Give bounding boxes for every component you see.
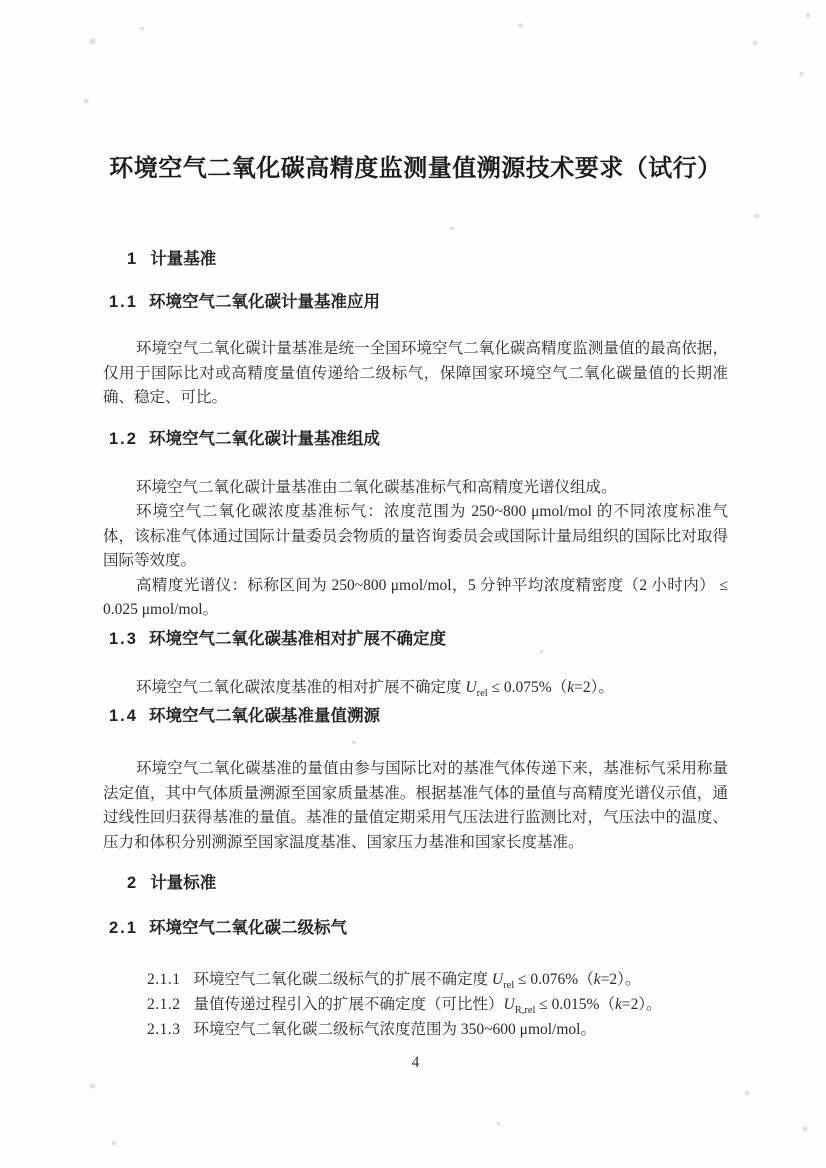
heading-label: 环境空气二氧化碳计量基准应用 (149, 293, 380, 311)
scan-speck (450, 227, 454, 230)
uncertainty-subscript: rel (477, 688, 488, 699)
document-page: 环境空气二氧化碳高精度监测量值溯源技术要求（试行） 1计量基准 1.1环境空气二… (0, 0, 826, 1168)
clause-number: 2.1.3 (147, 1021, 181, 1038)
clause-2-1-3: 2.1.3环境空气二氧化碳二级标气浓度范围为 350~600 μmol/mol。 (103, 1017, 728, 1042)
heading-number: 1.2 (109, 430, 138, 448)
paragraph-1-1: 环境空气二氧化碳计量基准是统一全国环境空气二氧化碳高精度监测量值的最高依据，仅用… (103, 337, 728, 411)
scan-speck (540, 650, 543, 653)
scan-speck (140, 27, 144, 30)
scan-speck (806, 13, 810, 17)
page-number: 4 (103, 1054, 728, 1072)
formula-relation: ≤ 0.015%（ (535, 996, 615, 1013)
section-1-4-heading: 1.4环境空气二氧化碳基准量值溯源 (103, 705, 728, 727)
formula-relation: ≤ 0.076%（ (514, 971, 594, 988)
paragraph-1-2-a: 环境空气二氧化碳计量基准由二氧化碳基准标气和高精度光谱仪组成。 (103, 476, 728, 501)
scan-speck (745, 1091, 749, 1095)
section-2-heading: 2计量标准 (103, 872, 728, 894)
uncertainty-symbol: U (492, 971, 503, 988)
coverage-factor-symbol: k (615, 996, 622, 1013)
clause-text: =2）。 (601, 971, 641, 988)
section-1-2-heading: 1.2环境空气二氧化碳计量基准组成 (103, 428, 728, 450)
scan-speck (803, 1127, 807, 1131)
formula-text: =2）。 (574, 679, 614, 696)
uncertainty-subscript: R,rel (515, 1005, 536, 1016)
scan-speck (497, 1122, 500, 1125)
scan-speck (84, 99, 88, 103)
clause-text: =2）。 (622, 996, 662, 1013)
heading-number: 1.4 (109, 707, 138, 725)
clause-text: 环境空气二氧化碳二级标气浓度范围为 350~600 μmol/mol。 (194, 1021, 596, 1038)
clause-text: 环境空气二氧化碳二级标气的扩展不确定度 (194, 971, 492, 988)
scan-speck (755, 214, 759, 218)
paragraph-1-3: 环境空气二氧化碳浓度基准的相对扩展不确定度 Urel ≤ 0.075%（k=2）… (103, 676, 728, 701)
document-title: 环境空气二氧化碳高精度监测量值溯源技术要求（试行） (103, 152, 728, 186)
formula-relation: ≤ 0.075%（ (488, 679, 568, 696)
heading-label: 环境空气二氧化碳计量基准组成 (149, 430, 380, 448)
scan-speck (518, 24, 523, 27)
paragraph-1-2-c: 高精度光谱仪：标称区间为 250~800 μmol/mol，5 分钟平均浓度精密… (103, 574, 728, 623)
section-1-1-heading: 1.1环境空气二氧化碳计量基准应用 (103, 291, 728, 313)
paragraph-1-2-b: 环境空气二氧化碳浓度基准标气：浓度范围为 250~800 μmol/mol 的不… (103, 500, 728, 574)
heading-number: 2 (127, 874, 137, 892)
heading-label: 计量基准 (150, 250, 216, 268)
formula-text: 环境空气二氧化碳浓度基准的相对扩展不确定度 (136, 679, 465, 696)
scan-speck (753, 41, 757, 45)
uncertainty-subscript: rel (503, 980, 514, 991)
scan-speck (90, 1084, 95, 1088)
scan-speck (800, 72, 803, 76)
heading-number: 1 (127, 250, 137, 268)
paragraph-1-4: 环境空气二氧化碳基准的量值由参与国际比对的基准气体传递下来，基准标气采用称量法定… (103, 757, 728, 855)
heading-label: 环境空气二氧化碳二级标气 (149, 919, 347, 937)
scan-speck (90, 39, 95, 44)
section-1-3-heading: 1.3环境空气二氧化碳基准相对扩展不确定度 (103, 628, 728, 650)
section-1-heading: 1计量基准 (103, 248, 728, 270)
clause-number: 2.1.1 (147, 971, 181, 988)
heading-label: 环境空气二氧化碳基准量值溯源 (149, 707, 380, 725)
heading-number: 1.3 (109, 630, 138, 648)
clause-2-1-1: 2.1.1环境空气二氧化碳二级标气的扩展不确定度 Urel ≤ 0.076%（k… (103, 967, 728, 992)
section-2-1-heading: 2.1环境空气二氧化碳二级标气 (103, 917, 728, 939)
heading-label: 环境空气二氧化碳基准相对扩展不确定度 (149, 630, 446, 648)
scan-speck (352, 741, 356, 744)
scan-speck (112, 1141, 116, 1145)
heading-number: 1.1 (109, 293, 138, 311)
uncertainty-symbol: U (465, 679, 476, 696)
heading-number: 2.1 (109, 919, 138, 937)
clause-number: 2.1.2 (147, 996, 181, 1013)
clause-text: 量值传递过程引入的扩展不确定度（可比性） (194, 996, 504, 1013)
coverage-factor-symbol: k (594, 971, 601, 988)
uncertainty-symbol: U (504, 996, 515, 1013)
clause-2-1-2: 2.1.2量值传递过程引入的扩展不确定度（可比性）UR,rel ≤ 0.015%… (103, 992, 728, 1017)
heading-label: 计量标准 (150, 874, 216, 892)
